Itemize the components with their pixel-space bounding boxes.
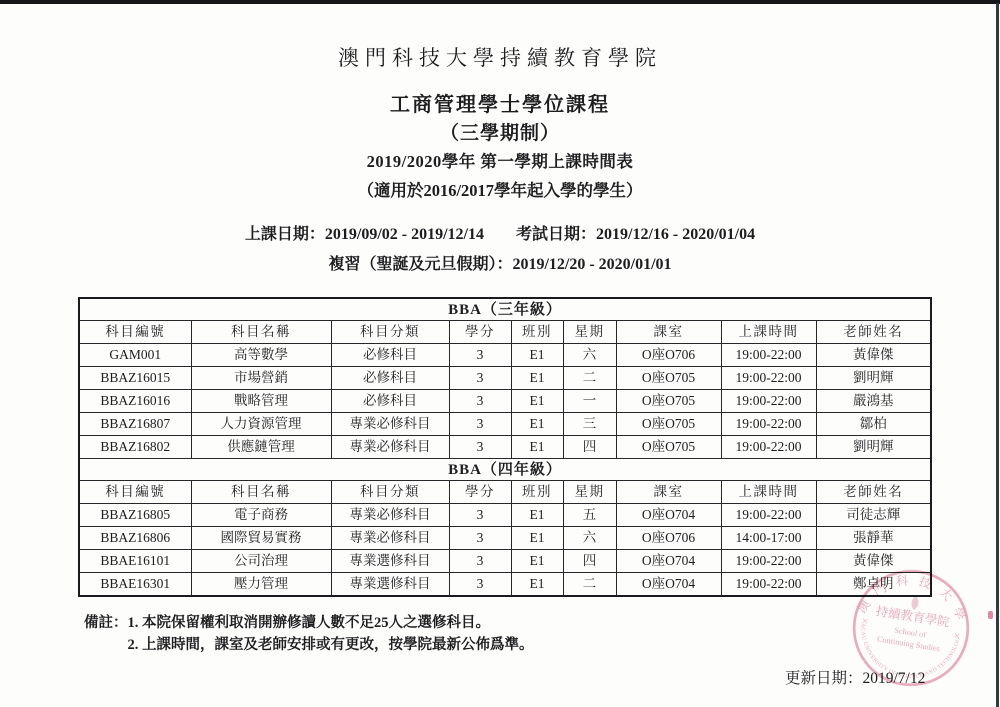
- course-cell: 公司治理: [191, 550, 331, 573]
- course-cell: 人力資源管理: [191, 413, 331, 436]
- course-cell: E1: [511, 413, 563, 436]
- column-header: 上課時間: [721, 321, 816, 344]
- timetable-section: BBA（四年級）科目編號科目名稱科目分類學分班別星期課室上課時間老師姓名BBAZ…: [79, 459, 931, 597]
- remarks-block: 備註： 1. 本院保留權利取消開辦修讀人數不足25人之選修科目。2. 上課時間，…: [84, 612, 534, 656]
- column-header-row: 科目編號科目名稱科目分類學分班別星期課室上課時間老師姓名: [79, 321, 931, 344]
- course-timetable-table: BBA（三年級）科目編號科目名稱科目分類學分班別星期課室上課時間老師姓名GAM0…: [78, 297, 932, 597]
- course-cell: 3: [449, 413, 511, 436]
- course-cell: 劉明輝: [816, 436, 931, 459]
- semester-title: 2019/2020學年 第一學期上課時間表: [0, 148, 1000, 172]
- course-cell: 19:00-22:00: [721, 550, 816, 573]
- course-cell: E1: [511, 504, 563, 527]
- institution-title: 澳門科技大學持續教育學院: [0, 42, 1000, 72]
- course-cell: 三: [563, 413, 616, 436]
- course-cell: 張靜華: [816, 527, 931, 550]
- column-header: 科目分類: [331, 321, 449, 344]
- column-header: 老師姓名: [816, 481, 931, 504]
- course-cell: O座O706: [616, 344, 721, 367]
- exam-period-text: 考試日期：2019/12/16 - 2020/01/04: [516, 226, 755, 243]
- course-cell: E1: [511, 344, 563, 367]
- course-cell: E1: [511, 367, 563, 390]
- term-system-subtitle: （三學期制）: [0, 118, 1000, 145]
- course-cell: 19:00-22:00: [721, 344, 816, 367]
- scan-artifact-top-bar: [0, 0, 1000, 4]
- dates-line: 上課日期：2019/09/02 - 2019/12/14 考試日期：2019/1…: [0, 221, 1000, 244]
- course-row: BBAZ16805電子商務專業必修科目3E1五O座O70419:00-22:00…: [79, 504, 931, 527]
- course-cell: O座O706: [616, 527, 721, 550]
- revision-period-text: 複習（聖誕及元旦假期）：2019/12/20 - 2020/01/01: [0, 251, 1000, 274]
- course-cell: 專業必修科目: [331, 413, 449, 436]
- course-cell: 專業必修科目: [331, 527, 449, 550]
- timetable-section: BBA（三年級）科目編號科目名稱科目分類學分班別星期課室上課時間老師姓名GAM0…: [79, 298, 931, 459]
- course-row: BBAZ16802供應鏈管理專業必修科目3E1四O座O70519:00-22:0…: [79, 436, 931, 459]
- course-cell: O座O704: [616, 504, 721, 527]
- course-cell: 司徒志輝: [816, 504, 931, 527]
- course-cell: E1: [511, 573, 563, 597]
- column-header: 星期: [563, 481, 616, 504]
- course-cell: 四: [563, 550, 616, 573]
- course-cell: BBAZ16805: [79, 504, 191, 527]
- program-title: 工商管理學士學位課程: [0, 88, 1000, 117]
- remark-item: 1. 本院保留權利取消開辦修讀人數不足25人之選修科目。: [128, 612, 534, 634]
- course-cell: BBAZ16802: [79, 436, 191, 459]
- course-cell: 專業必修科目: [331, 436, 449, 459]
- course-cell: 電子商務: [191, 504, 331, 527]
- scanned-timetable-page: 澳門科技大學持續教育學院 工商管理學士學位課程 （三學期制） 2019/2020…: [0, 0, 1000, 707]
- course-cell: BBAZ16807: [79, 413, 191, 436]
- course-cell: 黃偉傑: [816, 344, 931, 367]
- course-cell: O座O705: [616, 413, 721, 436]
- course-cell: O座O705: [616, 436, 721, 459]
- course-cell: BBAZ16806: [79, 527, 191, 550]
- course-cell: 劉明輝: [816, 367, 931, 390]
- course-cell: 鄒柏: [816, 413, 931, 436]
- course-cell: 19:00-22:00: [721, 573, 816, 597]
- section-banner-row: BBA（三年級）: [79, 298, 931, 321]
- course-cell: 19:00-22:00: [721, 504, 816, 527]
- stamp-ink-dot: [988, 611, 993, 619]
- course-cell: 四: [563, 436, 616, 459]
- column-header: 上課時間: [721, 481, 816, 504]
- course-row: BBAE16101公司治理專業選修科目3E1四O座O70419:00-22:00…: [79, 550, 931, 573]
- course-cell: 3: [449, 504, 511, 527]
- course-cell: 3: [449, 573, 511, 597]
- stamp-school-name-english-2: Continuing Studies: [876, 634, 940, 653]
- column-header: 老師姓名: [816, 321, 931, 344]
- course-row: BBAZ16015市場營銷必修科目3E1二O座O70519:00-22:00劉明…: [79, 367, 931, 390]
- course-cell: 3: [449, 436, 511, 459]
- remarks-list: 1. 本院保留權利取消開辦修讀人數不足25人之選修科目。2. 上課時間，課室及老…: [128, 612, 534, 656]
- course-cell: 3: [449, 527, 511, 550]
- course-cell: 五: [563, 504, 616, 527]
- course-cell: 必修科目: [331, 367, 449, 390]
- course-cell: 3: [449, 344, 511, 367]
- column-header: 星期: [563, 321, 616, 344]
- course-cell: 國際貿易實務: [191, 527, 331, 550]
- course-cell: BBAZ16016: [79, 390, 191, 413]
- course-row: GAM001高等數學必修科目3E1六O座O70619:00-22:00黃偉傑: [79, 344, 931, 367]
- course-row: BBAZ16016戰略管理必修科目3E1一O座O70519:00-22:00嚴鴻…: [79, 390, 931, 413]
- course-cell: 3: [449, 550, 511, 573]
- class-period-text: 上課日期：2019/09/02 - 2019/12/14: [245, 226, 484, 243]
- course-cell: 二: [563, 573, 616, 597]
- column-header: 科目編號: [79, 321, 191, 344]
- course-cell: 14:00-17:00: [721, 527, 816, 550]
- course-cell: E1: [511, 550, 563, 573]
- course-cell: 3: [449, 390, 511, 413]
- column-header: 班別: [511, 481, 563, 504]
- course-cell: O座O704: [616, 550, 721, 573]
- course-cell: E1: [511, 527, 563, 550]
- course-cell: 專業必修科目: [331, 504, 449, 527]
- course-cell: 專業選修科目: [331, 573, 449, 597]
- course-cell: E1: [511, 436, 563, 459]
- column-header: 課室: [616, 481, 721, 504]
- remark-item: 2. 上課時間，課室及老師安排或有更改，按學院最新公佈爲準。: [128, 634, 534, 656]
- column-header: 課室: [616, 321, 721, 344]
- course-cell: 19:00-22:00: [721, 390, 816, 413]
- course-cell: 19:00-22:00: [721, 436, 816, 459]
- course-cell: 戰略管理: [191, 390, 331, 413]
- course-cell: GAM001: [79, 344, 191, 367]
- column-header: 班別: [511, 321, 563, 344]
- section-banner-row: BBA（四年級）: [79, 459, 931, 481]
- course-cell: 供應鏈管理: [191, 436, 331, 459]
- course-cell: 3: [449, 367, 511, 390]
- stamp-emblem: [910, 595, 919, 611]
- column-header: 科目名稱: [191, 481, 331, 504]
- course-cell: 專業選修科目: [331, 550, 449, 573]
- course-row: BBAZ16807人力資源管理專業必修科目3E1三O座O70519:00-22:…: [79, 413, 931, 436]
- course-cell: 必修科目: [331, 344, 449, 367]
- course-cell: O座O705: [616, 390, 721, 413]
- course-cell: E1: [511, 390, 563, 413]
- column-header: 學分: [449, 481, 511, 504]
- course-cell: 19:00-22:00: [721, 367, 816, 390]
- course-cell: O座O705: [616, 367, 721, 390]
- column-header: 科目分類: [331, 481, 449, 504]
- course-cell: 六: [563, 527, 616, 550]
- course-cell: BBAE16301: [79, 573, 191, 597]
- course-cell: 二: [563, 367, 616, 390]
- section-title: BBA（四年級）: [79, 459, 931, 481]
- course-cell: 高等數學: [191, 344, 331, 367]
- column-header: 學分: [449, 321, 511, 344]
- school-stamp: 澳門科技大學 MACAU UNIVERSITY OF SCIENCE AND T…: [840, 557, 982, 699]
- section-title: BBA（三年級）: [79, 298, 931, 321]
- course-cell: 壓力管理: [191, 573, 331, 597]
- applicability-note: （適用於2016/2017學年起入學的學生）: [0, 177, 1000, 201]
- course-row: BBAZ16806國際貿易實務專業必修科目3E1六O座O70614:00-17:…: [79, 527, 931, 550]
- course-cell: 六: [563, 344, 616, 367]
- course-row: BBAE16301壓力管理專業選修科目3E1二O座O70419:00-22:00…: [79, 573, 931, 597]
- course-cell: 嚴鴻基: [816, 390, 931, 413]
- course-cell: 市場營銷: [191, 367, 331, 390]
- course-cell: 一: [563, 390, 616, 413]
- course-cell: BBAE16101: [79, 550, 191, 573]
- course-cell: O座O704: [616, 573, 721, 597]
- column-header: 科目名稱: [191, 321, 331, 344]
- course-cell: BBAZ16015: [79, 367, 191, 390]
- column-header: 科目編號: [79, 481, 191, 504]
- stamp-side-mark-left: ×: [861, 615, 869, 628]
- course-cell: 必修科目: [331, 390, 449, 413]
- course-cell: 19:00-22:00: [721, 413, 816, 436]
- remarks-label: 備註：: [84, 612, 128, 656]
- column-header-row: 科目編號科目名稱科目分類學分班別星期課室上課時間老師姓名: [79, 481, 931, 504]
